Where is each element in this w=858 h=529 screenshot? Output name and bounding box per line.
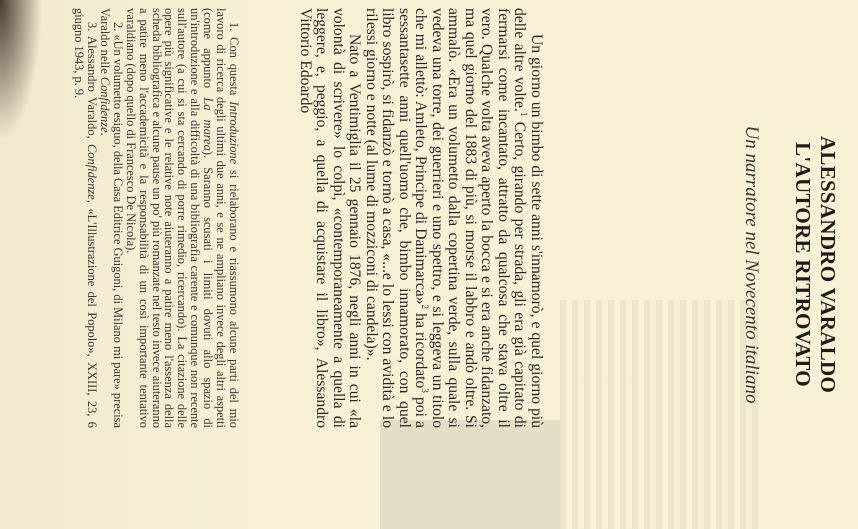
chapter-subtitle: Un narratore nel Novecento italiano [740, 0, 762, 529]
footnotes: 1. Con questa Introduzione si rielaboran… [72, 8, 240, 428]
footnote-1: 1. Con questa Introduzione si rielaboran… [124, 8, 240, 428]
title-line-2: L'AUTORE RITROVATO [790, 0, 815, 529]
italic-title: Introduzione [227, 101, 241, 164]
text-run: . [98, 133, 112, 136]
chapter-title: ALESSANDRO VARALDO L'AUTORE RITROVATO [790, 0, 840, 529]
text-run: 3. Alessandro Varaldo, [85, 22, 99, 144]
footnote-3: 3. Alessandro Varaldo, Confidenze, «L'Il… [72, 8, 98, 428]
text-run: ha ricordato [413, 309, 430, 388]
paragraph-2: Nato a Ventimiglia il 25 gennaio 1876, n… [297, 8, 363, 428]
paragraph-1: Un giorno un bimbo di sette anni s'innam… [363, 8, 545, 428]
text-run: ). Saranno scusati i limiti dovuti allo … [124, 8, 215, 428]
title-line-1: ALESSANDRO VARALDO [815, 0, 840, 529]
body-text: Un giorno un bimbo di sette anni s'innam… [297, 8, 545, 428]
text-run: Certo, girando per strada, gli era già c… [413, 8, 529, 428]
text-run: 1. Con questa [227, 22, 241, 101]
italic-title: La marea [201, 97, 215, 151]
footnote-2: 2. «Un volumetto esiguo, della Casa Edit… [98, 8, 124, 428]
italic-title: Confidenze [98, 77, 112, 133]
italic-title: Confidenze [85, 144, 99, 200]
text-run: 2. «Un volumetto esiguo, della Casa Edit… [98, 8, 125, 428]
book-page: ALESSANDRO VARALDO L'AUTORE RITROVATO Un… [0, 0, 858, 529]
